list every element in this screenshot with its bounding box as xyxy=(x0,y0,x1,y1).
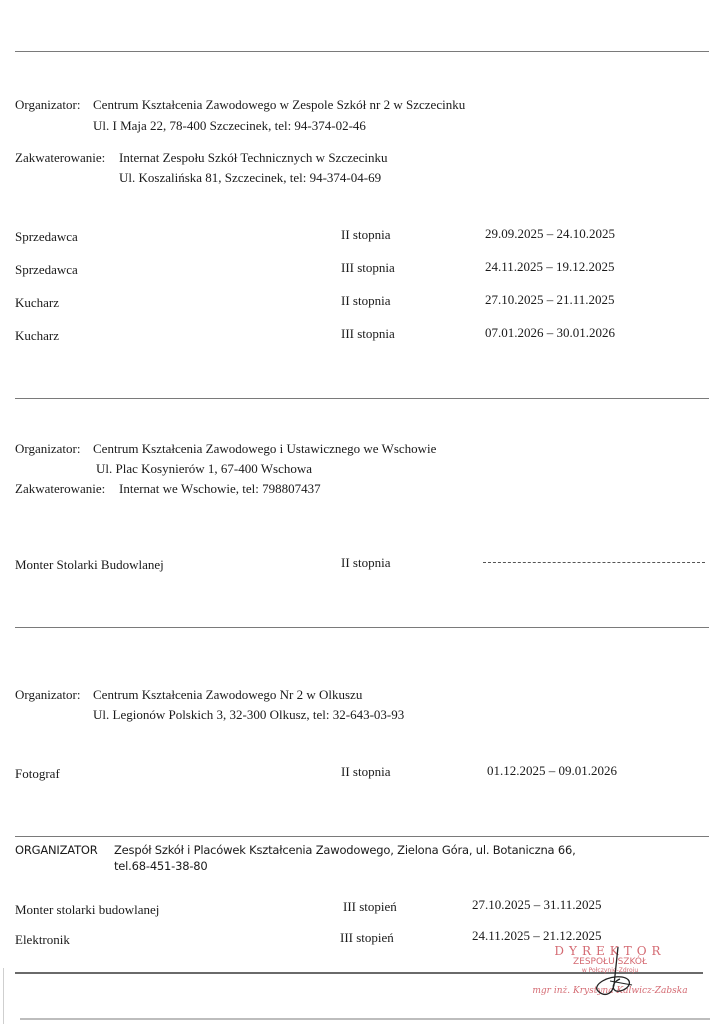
course-dates: 27.10.2025 – 21.11.2025 xyxy=(485,292,615,308)
course-dates: 29.09.2025 – 24.10.2025 xyxy=(485,226,615,242)
course-level: II stopnia xyxy=(341,293,390,309)
section1-organizer-address: Ul. I Maja 22, 78-400 Szczecinek, tel: 9… xyxy=(93,118,366,134)
scan-border-bottom xyxy=(20,1018,710,1020)
scan-border-left xyxy=(3,968,4,1024)
section4-organizer-name: Zespół Szkół i Placówek Kształcenia Zawo… xyxy=(114,843,576,857)
section1-organizer-name: Centrum Kształcenia Zawodowego w Zespole… xyxy=(93,97,465,113)
divider-3 xyxy=(15,836,709,837)
course-profession: Monter stolarki budowlanej xyxy=(15,902,159,918)
course-profession: Monter Stolarki Budowlanej xyxy=(15,557,164,573)
divider-top xyxy=(15,51,709,52)
section2-organizer-address: Ul. Plac Kosynierów 1, 67-400 Wschowa xyxy=(96,461,312,477)
section1-organizer-label: Organizator: xyxy=(15,97,80,113)
divider-1 xyxy=(15,398,709,399)
section2-accommodation-label: Zakwaterowanie: xyxy=(15,481,105,497)
course-dates: 24.11.2025 – 21.12.2025 xyxy=(472,928,602,944)
signature-icon xyxy=(590,945,640,1000)
course-level: III stopnia xyxy=(341,260,395,276)
section4-organizer-label: ORGANIZATOR xyxy=(15,843,98,857)
divider-2 xyxy=(15,627,709,628)
course-dates: 27.10.2025 – 31.11.2025 xyxy=(472,897,602,913)
course-dates-empty xyxy=(483,562,705,563)
course-dates: 01.12.2025 – 09.01.2026 xyxy=(487,763,617,779)
section4-organizer-phone: tel.68-451-38-80 xyxy=(114,859,208,873)
course-level: II stopnia xyxy=(341,227,390,243)
section3-organizer-name: Centrum Kształcenia Zawodowego Nr 2 w Ol… xyxy=(93,687,362,703)
course-dates: 24.11.2025 – 19.12.2025 xyxy=(485,259,615,275)
course-level: III stopień xyxy=(340,930,394,946)
section1-accommodation-label: Zakwaterowanie: xyxy=(15,150,105,166)
section2-organizer-label: Organizator: xyxy=(15,441,80,457)
section3-organizer-address: Ul. Legionów Polskich 3, 32-300 Olkusz, … xyxy=(93,707,404,723)
course-profession: Fotograf xyxy=(15,766,60,782)
section1-accommodation-address: Ul. Koszalińska 81, Szczecinek, tel: 94-… xyxy=(119,170,381,186)
section1-accommodation-name: Internat Zespołu Szkół Technicznych w Sz… xyxy=(119,150,388,166)
course-profession: Kucharz xyxy=(15,328,59,344)
section3-organizer-label: Organizator: xyxy=(15,687,80,703)
course-profession: Elektronik xyxy=(15,932,70,948)
course-dates: 07.01.2026 – 30.01.2026 xyxy=(485,325,615,341)
course-level: III stopień xyxy=(343,899,397,915)
course-level: II stopnia xyxy=(341,764,390,780)
course-profession: Kucharz xyxy=(15,295,59,311)
course-level: III stopnia xyxy=(341,326,395,342)
course-level: II stopnia xyxy=(341,555,390,571)
section2-accommodation-name: Internat we Wschowie, tel: 798807437 xyxy=(119,481,321,497)
course-profession: Sprzedawca xyxy=(15,262,78,278)
section2-organizer-name: Centrum Kształcenia Zawodowego i Ustawic… xyxy=(93,441,436,457)
course-profession: Sprzedawca xyxy=(15,229,78,245)
